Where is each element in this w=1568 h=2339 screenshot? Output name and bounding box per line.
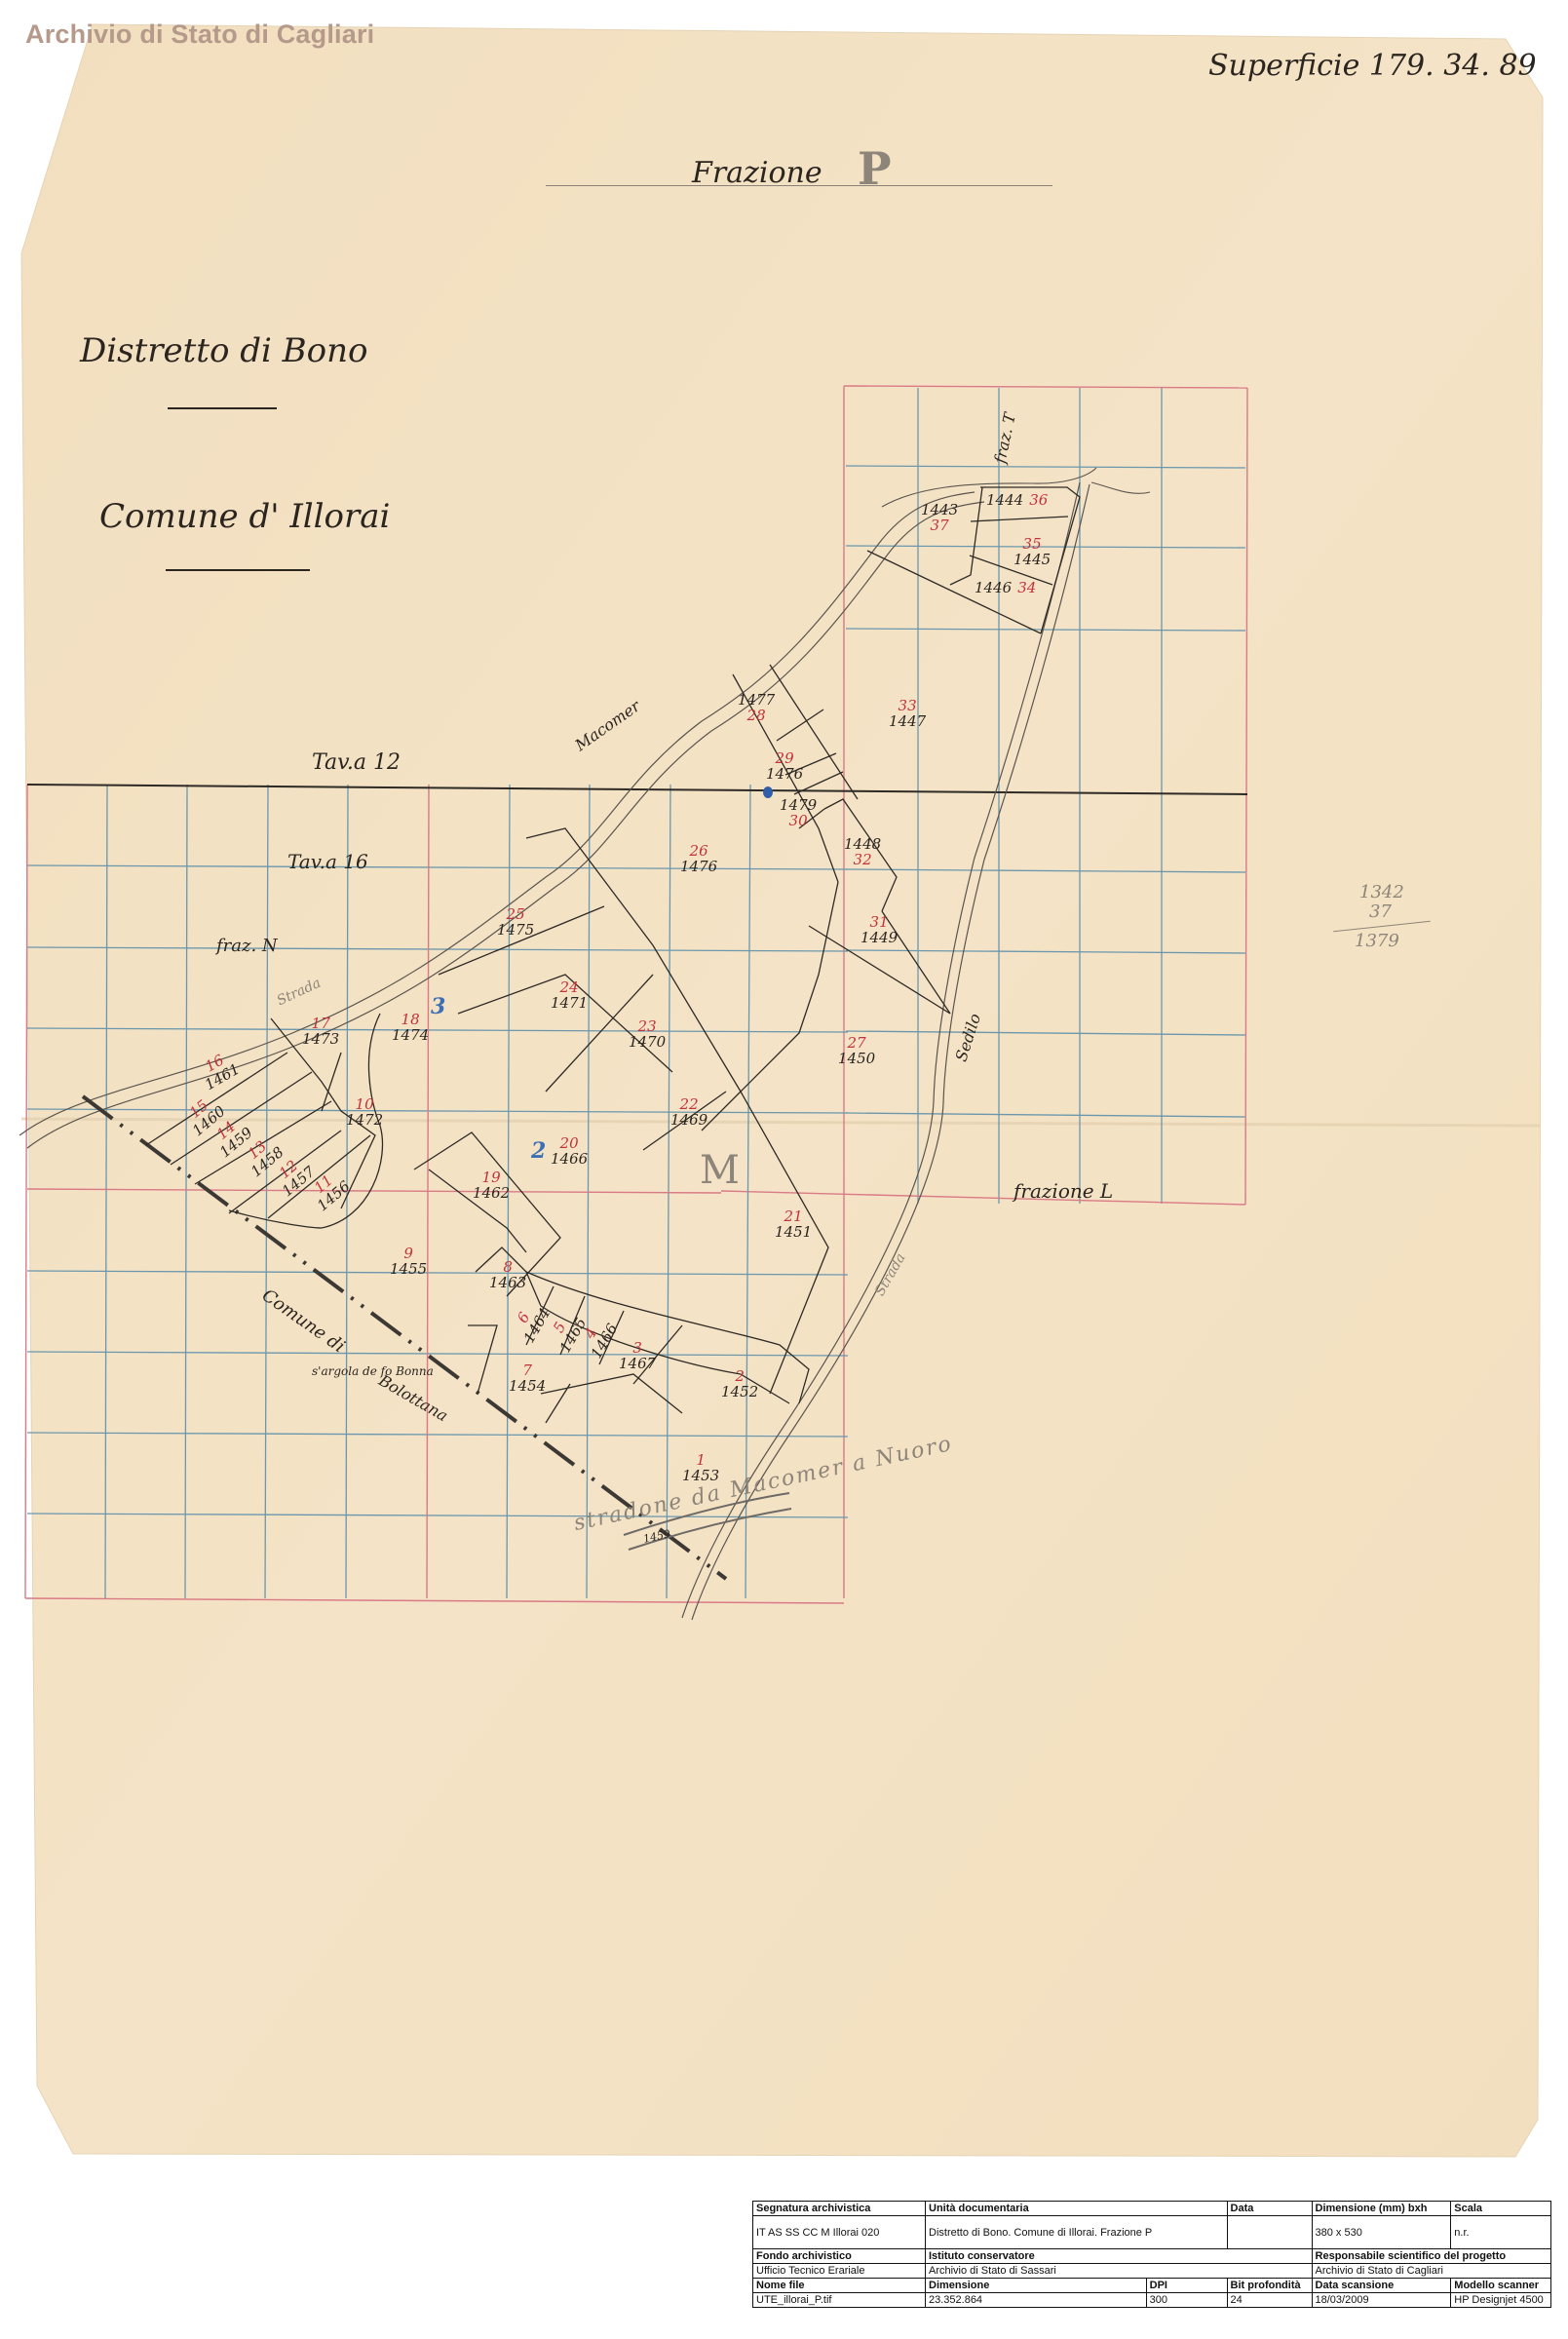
archive-watermark: Archivio di Stato di Cagliari: [25, 19, 374, 50]
header-data: Data: [1227, 2202, 1312, 2216]
parcel-21: 211451: [775, 1208, 812, 1240]
header-dimensione-mm: Dimensione (mm) bxh: [1312, 2202, 1451, 2216]
distretto-underline: [168, 407, 277, 409]
s-argola-label: s'argola de fo Bonna: [312, 1364, 434, 1378]
header-data-scansione: Data scansione: [1312, 2279, 1451, 2293]
parcel-22: 221469: [670, 1096, 708, 1128]
header-segnatura: Segnatura archivistica: [753, 2202, 926, 2216]
tav12-label: Tav.a 12: [312, 750, 401, 775]
header-dimensione: Dimensione: [926, 2279, 1147, 2293]
parcel-32: 144832: [844, 836, 881, 867]
parcel-31: 311449: [860, 914, 898, 945]
value-istituto: Archivio di Stato di Sassari: [926, 2264, 1313, 2279]
blue-mark-3: 3: [431, 994, 445, 1019]
value-nome-file: UTE_illorai_P.tif: [753, 2293, 926, 2308]
fraz-n-label: fraz. N: [216, 936, 278, 956]
superficie-label: Superficie 179. 34. 89: [1208, 49, 1537, 83]
parcel-24: 241471: [551, 979, 588, 1011]
parcel-3: 31467: [619, 1340, 656, 1371]
letter-m: M: [700, 1148, 740, 1193]
pencil-sum-total: 1379: [1355, 931, 1399, 951]
comune-label: Comune d' Illorai: [99, 497, 390, 536]
value-dimensione: 23.352.864: [926, 2293, 1147, 2308]
value-segnatura: IT AS SS CC M Illorai 020: [753, 2216, 926, 2249]
header-scala: Scala: [1451, 2202, 1551, 2216]
table-row: Segnatura archivistica Unità documentari…: [753, 2202, 1551, 2216]
parcel-34: 144634: [975, 580, 1036, 595]
parcel-18: 181474: [392, 1012, 429, 1043]
parcel-8: 81463: [489, 1259, 526, 1290]
header-dpi: DPI: [1146, 2279, 1227, 2293]
frazione-rule: [546, 185, 1052, 186]
blue-ink-spot: [763, 786, 773, 798]
parcel-9: 91455: [390, 1246, 427, 1277]
parcel-29: 291476: [766, 750, 803, 782]
value-dpi: 300: [1146, 2293, 1227, 2308]
pencil-sum-2: 37: [1369, 901, 1392, 922]
value-scala: n.r.: [1451, 2216, 1551, 2249]
parcel-36: 144436: [986, 492, 1048, 508]
value-data: [1227, 2216, 1312, 2249]
header-bit: Bit profondità: [1227, 2279, 1312, 2293]
value-data-scansione: 18/03/2009: [1312, 2293, 1451, 2308]
frazione-letter: P: [858, 142, 892, 195]
table-row: UTE_illorai_P.tif 23.352.864 300 24 18/0…: [753, 2293, 1551, 2308]
table-row: IT AS SS CC M Illorai 020 Distretto di B…: [753, 2216, 1551, 2249]
value-dimensione-mm: 380 x 530: [1312, 2216, 1451, 2249]
header-responsabile: Responsabile scientifico del progetto: [1312, 2249, 1550, 2264]
value-unita: Distretto di Bono. Comune di Illorai. Fr…: [926, 2216, 1228, 2249]
parcel-37: 144337: [921, 502, 958, 533]
parcel-28: 147728: [738, 692, 775, 723]
parcel-30: 147930: [780, 797, 817, 828]
parcel-25: 251475: [497, 906, 534, 938]
parcel-10: 101472: [346, 1096, 383, 1128]
parcel-7: 71454: [509, 1362, 546, 1394]
header-nome-file: Nome file: [753, 2279, 926, 2293]
frazione-l-label: frazione L: [1013, 1179, 1113, 1203]
parcel-20: 201466: [551, 1135, 588, 1167]
value-bit: 24: [1227, 2293, 1312, 2308]
parcel-2: 21452: [721, 1368, 758, 1400]
distretto-label: Distretto di Bono: [80, 331, 368, 370]
archive-metadata-table: Segnatura archivistica Unità documentari…: [752, 2201, 1551, 2308]
parcel-26: 261476: [680, 843, 717, 874]
table-row: Nome file Dimensione DPI Bit profondità …: [753, 2279, 1551, 2293]
parcel-23: 231470: [629, 1018, 666, 1050]
tav16-label: Tav.a 16: [287, 850, 368, 873]
parcel-17: 171473: [302, 1016, 339, 1047]
parcel-27: 271450: [838, 1035, 875, 1066]
blue-mark-2: 2: [531, 1138, 546, 1164]
parcel-35: 351445: [1013, 536, 1051, 567]
table-row: Ufficio Tecnico Erariale Archivio di Sta…: [753, 2264, 1551, 2279]
parcel-19: 191462: [473, 1169, 510, 1201]
header-unita: Unità documentaria: [926, 2202, 1228, 2216]
header-modello-scanner: Modello scanner: [1451, 2279, 1551, 2293]
value-responsabile: Archivio di Stato di Cagliari: [1312, 2264, 1550, 2279]
pencil-sum-1: 1342: [1359, 882, 1404, 902]
comune-underline: [166, 569, 310, 571]
value-modello-scanner: HP Designjet 4500: [1451, 2293, 1551, 2308]
header-fondo: Fondo archivistico: [753, 2249, 926, 2264]
table-row: Fondo archivistico Istituto conservatore…: [753, 2249, 1551, 2264]
header-istituto: Istituto conservatore: [926, 2249, 1313, 2264]
parcel-33: 331447: [889, 698, 926, 729]
parcel-1: 11453: [682, 1452, 719, 1483]
value-fondo: Ufficio Tecnico Erariale: [753, 2264, 926, 2279]
